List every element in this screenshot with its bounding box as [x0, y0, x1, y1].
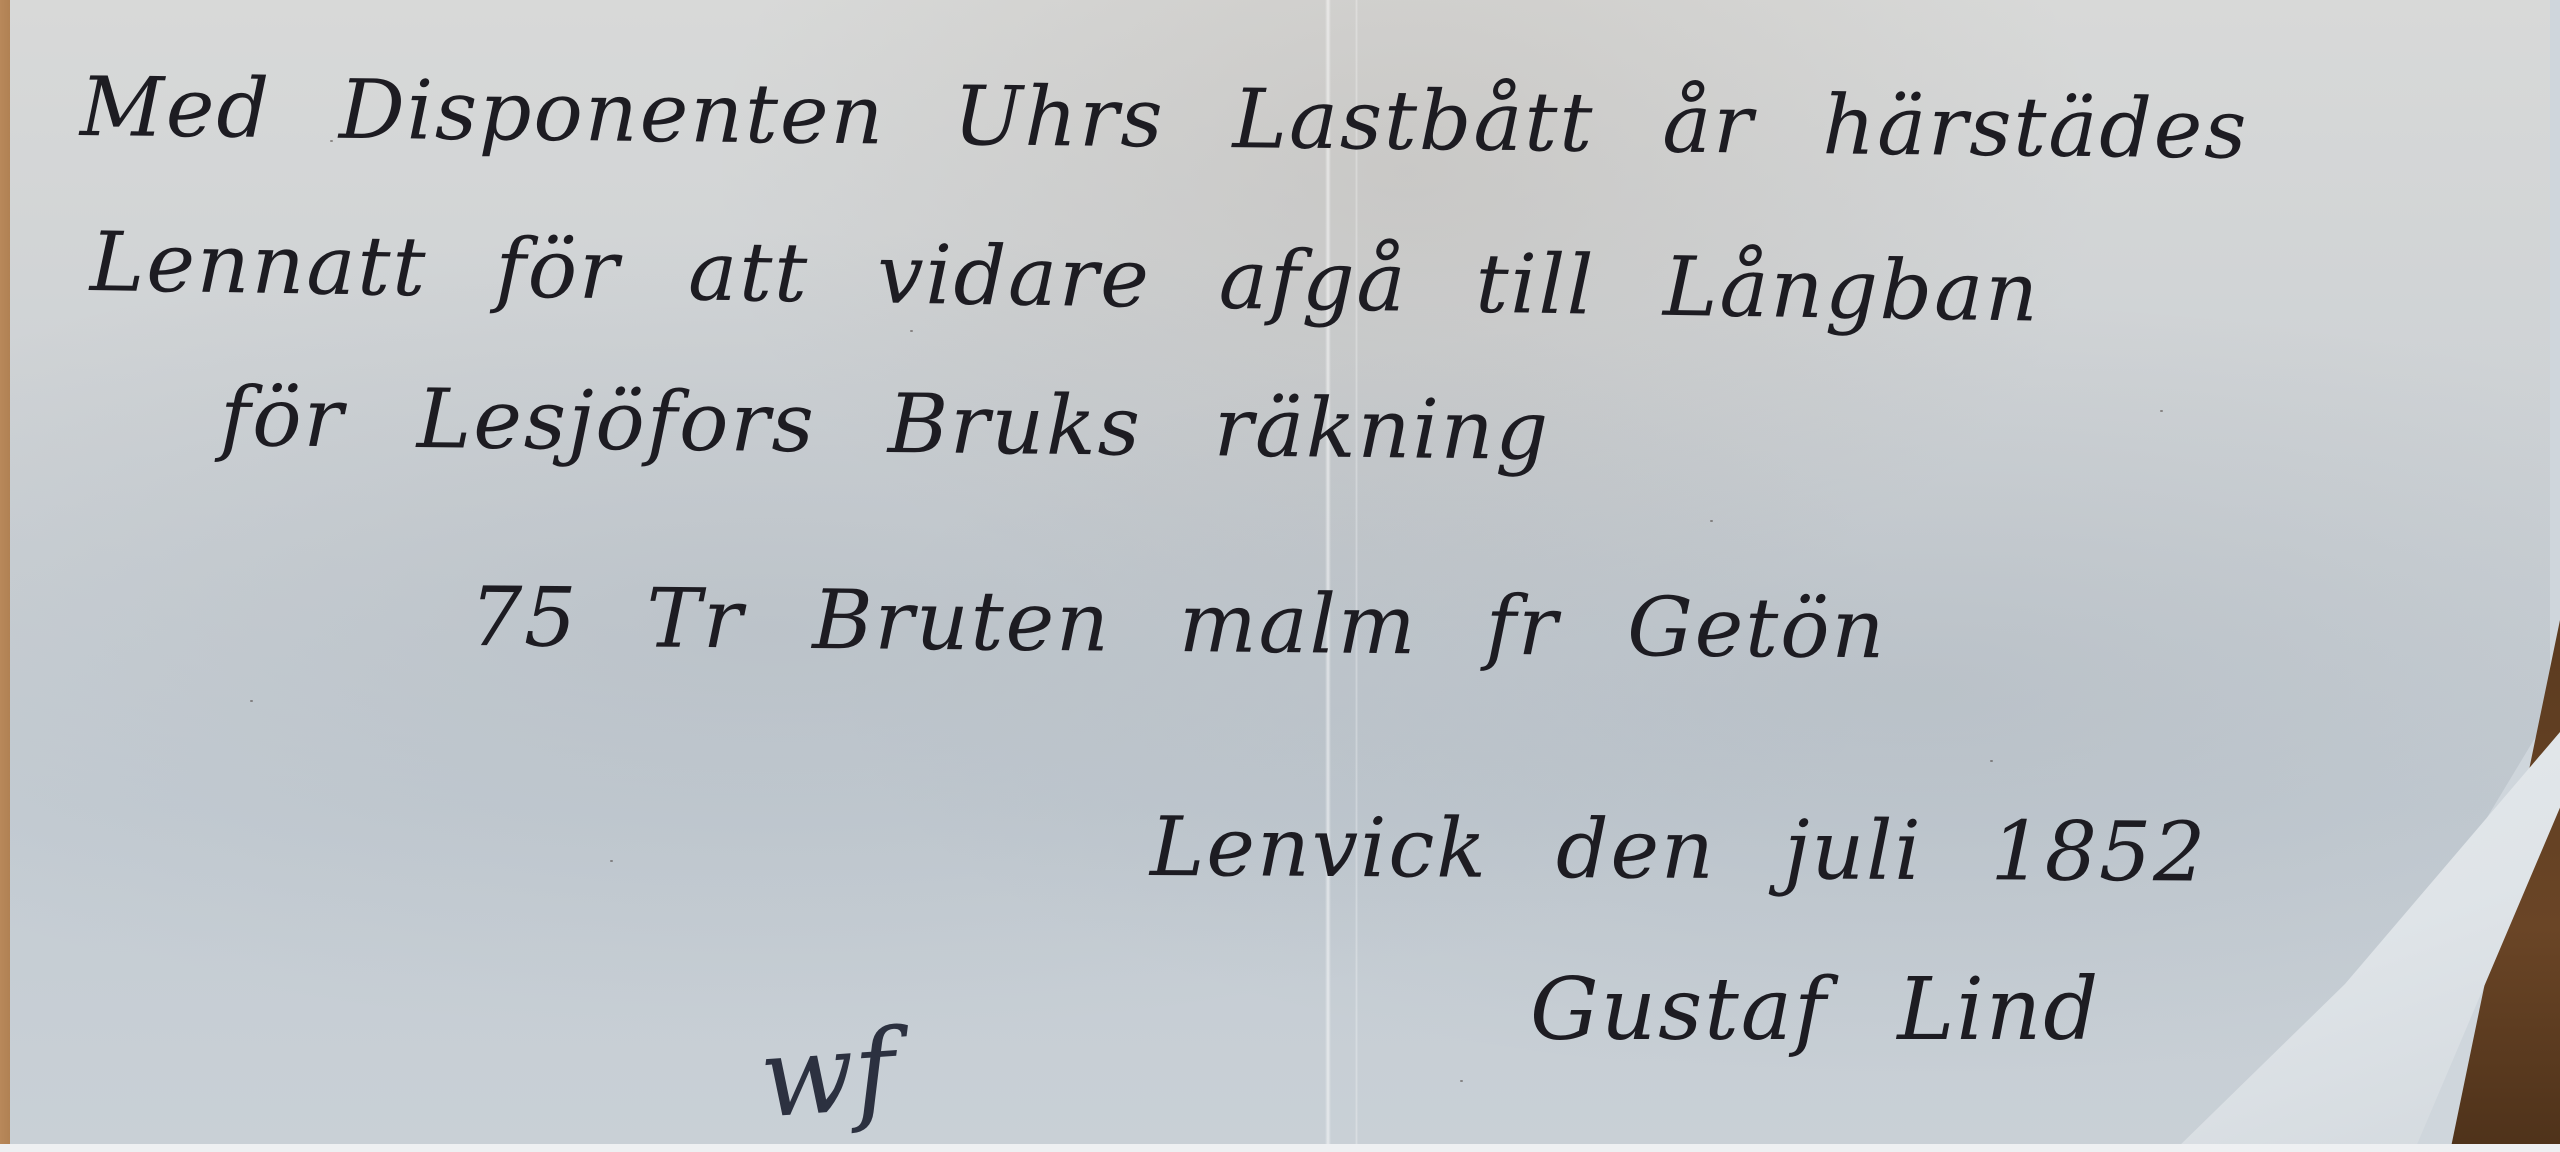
paper-speck	[1990, 760, 1993, 762]
text-line-2: Lennatt för att vidare afgå till Långban	[89, 215, 2040, 341]
place-date-line: Lenvick den juli 1852	[1150, 800, 2208, 901]
marginal-initials: wf	[756, 1005, 899, 1142]
text-line-4-cargo: 75 Tr Bruten malm fr Getön	[470, 570, 1887, 677]
photo-scene: Med Disponenten Uhrs Lastbått år härstäd…	[0, 0, 2560, 1152]
paper-speck	[1710, 520, 1713, 522]
paper-speck	[1460, 1080, 1463, 1082]
paper-speck	[2160, 410, 2163, 412]
paper-speck	[250, 700, 253, 702]
text-line-3: för Lesjöfors Bruks räkning	[220, 370, 1551, 479]
paper-sheet: Med Disponenten Uhrs Lastbått år härstäd…	[10, 0, 2550, 1150]
paper-bottom-edge	[0, 1144, 2560, 1152]
paper-fold-crease	[1325, 0, 1331, 1152]
paper-speck	[610, 860, 613, 862]
paper-speck	[910, 330, 913, 332]
text-line-1: Med Disponenten Uhrs Lastbått år härstäd…	[80, 60, 2249, 178]
paper-fold-crease-secondary	[1355, 0, 1358, 1152]
signature: Gustaf Lind	[1530, 960, 2100, 1060]
